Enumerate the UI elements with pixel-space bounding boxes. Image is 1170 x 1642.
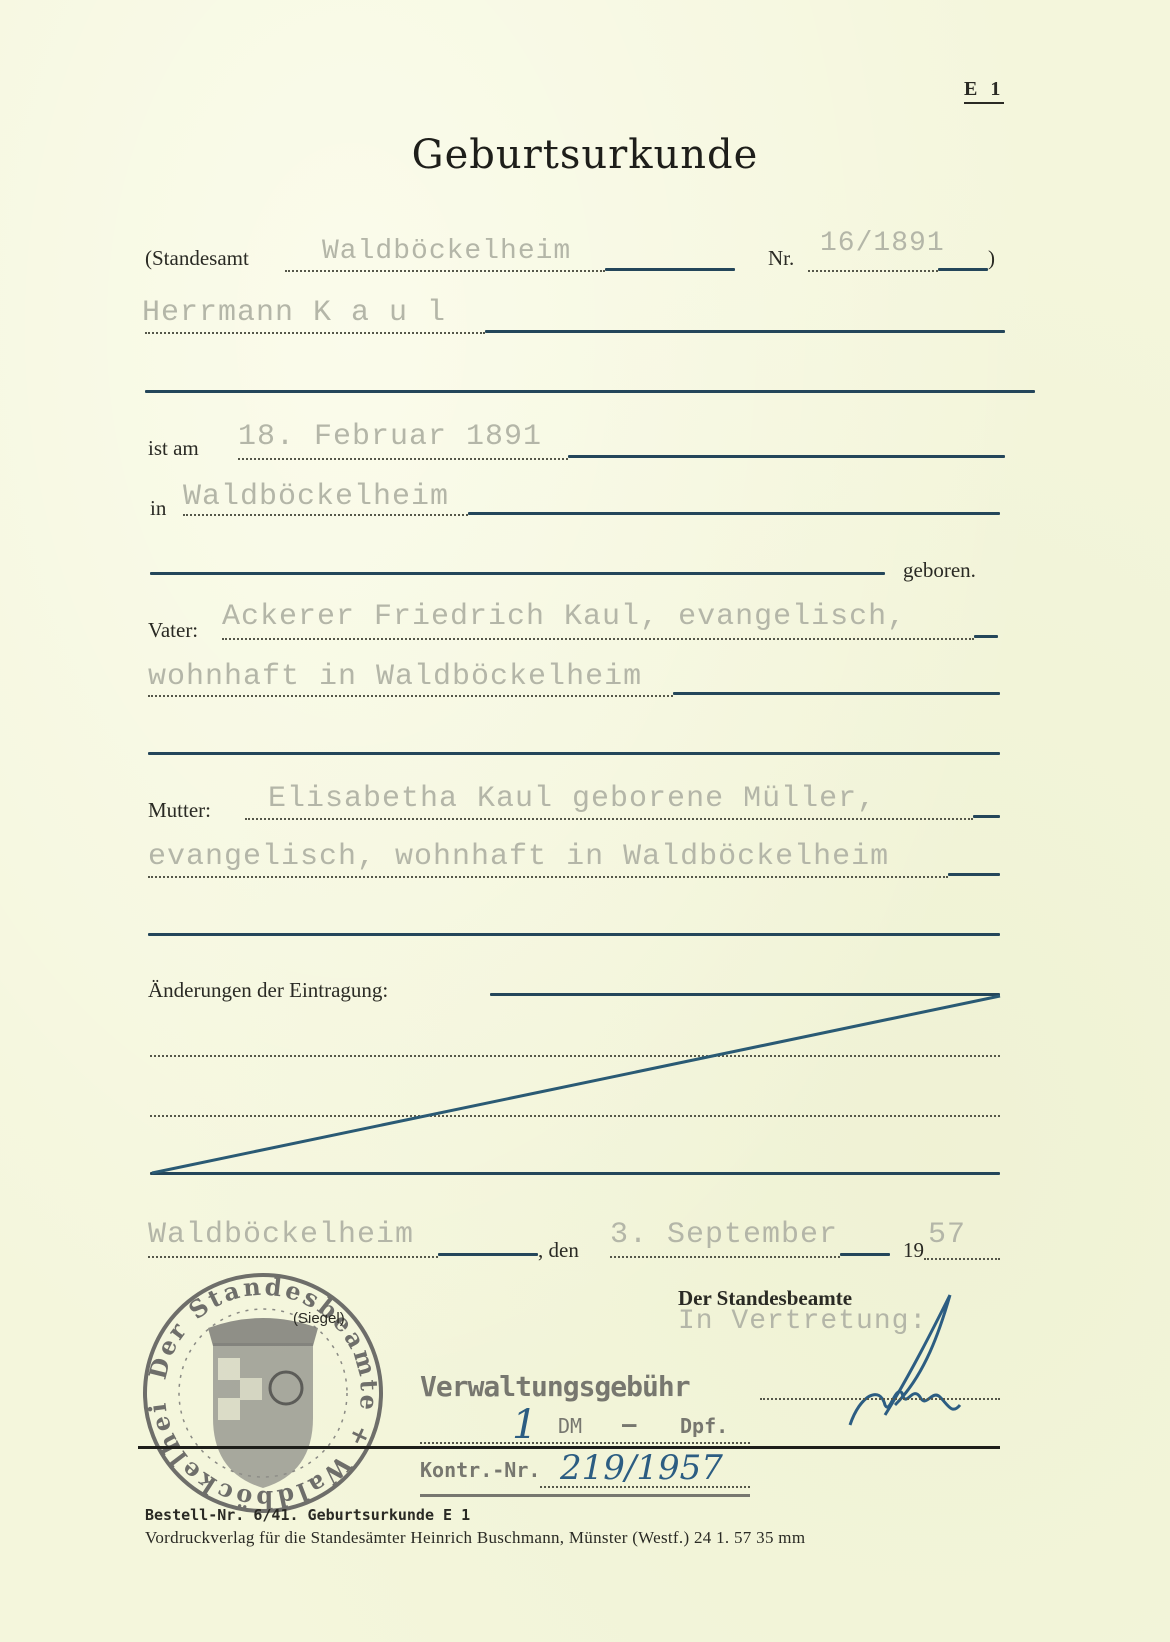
ruled-line [485,330,1005,333]
ruled-line [468,512,1000,515]
dotted-line [148,695,673,697]
ruled-line [938,268,988,271]
ruled-line [973,815,1000,818]
dotted-line [285,270,605,272]
publisher-line: Vordruckverlag für die Standesämter Hein… [145,1528,805,1548]
dotted-line [148,1256,438,1258]
control-label: Kontr.-Nr. [420,1458,540,1482]
amendments-label: Änderungen der Eintragung: [148,978,388,1003]
dotted-line [924,1258,1000,1260]
mother-line1-field: Elisabetha Kaul geborene Müller, [268,782,876,816]
ruled-line [150,1172,1000,1175]
issue-place-field: Waldböckelheim [148,1218,414,1252]
fee-stamp-underline [420,1494,750,1497]
fee-label: Verwaltungsgebühr [420,1370,690,1403]
ruled-line [490,993,1000,996]
fee-amount: 1 [512,1402,537,1448]
birth-date-field: 18. Februar 1891 [238,420,542,454]
ruled-line [840,1253,890,1256]
signature-ink [840,1285,970,1445]
official-seal-stamp: Der Standesbeamte + Waldböckelheim + [138,1268,388,1518]
dotted-line [808,270,938,272]
seal-label: (Siegel) [293,1310,345,1327]
order-number: Bestell-Nr. 6/41. Geburtsurkunde E 1 [145,1506,470,1524]
ruled-line [150,572,885,575]
control-number: 219/1957 [560,1448,723,1488]
father-label: Vater: [148,618,198,643]
dotted-line [245,818,973,820]
registry-office-field: Waldböckelheim [322,236,571,267]
ruled-line [438,1253,538,1256]
ruled-line [974,635,998,638]
issue-year-field: 57 [928,1218,966,1252]
dotted-line [150,1115,1000,1117]
fee-pf: Dpf. [680,1414,728,1438]
ruled-line [948,873,1000,876]
ruled-line [145,390,1035,393]
signature-dotted-line [760,1398,1000,1400]
fee-currency: DM [558,1414,582,1438]
century-label: 19 [903,1238,924,1263]
ruled-line [605,268,735,271]
mother-line2-field: evangelisch, wohnhaft in Waldböckelheim [148,840,889,874]
dotted-line [610,1256,840,1258]
born-label: geboren. [903,558,976,583]
child-name-field: Herrmann K a u l [142,296,446,330]
birth-date-label: ist am [148,436,199,461]
dotted-line [150,1055,1000,1057]
den-label: , den [538,1238,579,1263]
issue-date-field: 3. September [610,1218,838,1252]
ruled-line [568,455,1005,458]
ruled-line [148,933,1000,936]
dotted-line [238,458,568,460]
birth-place-field: Waldböckelheim [183,480,449,514]
ruled-line [673,692,1000,695]
ruled-line [148,752,1000,755]
dotted-line [222,638,974,640]
dotted-line [145,332,485,334]
dotted-line [420,1442,750,1444]
dotted-line [540,1486,750,1488]
dotted-line [148,876,948,878]
father-line1-field: Ackerer Friedrich Kaul, evangelisch, [222,600,906,634]
dotted-line [183,514,468,516]
birth-place-label: in [150,496,166,521]
registry-number-field: 16/1891 [820,228,945,259]
father-line2-field: wohnhaft in Waldböckelheim [148,660,642,694]
page-title: Geburtsurkunde [0,132,1170,178]
form-code: E 1 [964,78,1004,104]
standesamt-label: (Standesamt [145,246,249,271]
fee-dash: – [622,1410,636,1438]
mother-label: Mutter: [148,798,211,823]
close-paren: ) [988,246,995,271]
nr-label: Nr. [768,246,794,271]
